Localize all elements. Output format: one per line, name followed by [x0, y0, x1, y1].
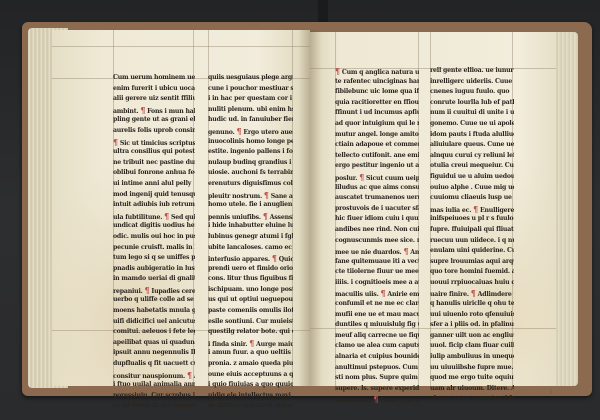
manuscript-line: nulaup budinq grandius i fer [208, 158, 293, 169]
manuscript-line: macuilis uiis. ¶ Anirie emi [335, 288, 419, 299]
manuscript-line: ne tribuit nec pastine duna [113, 158, 195, 169]
manuscript-line: tum lego si q se uniffes paulo [113, 253, 195, 264]
manuscript-line: idom pauts i ftuda alulliuo [430, 130, 514, 141]
manuscript-line: q hanulis uiriclle q ohu tecefit [430, 299, 514, 310]
manuscript-line: mufii ene ue et mau macuor [335, 310, 419, 321]
manuscript-line: uerbo q uliffe colle ad se [113, 295, 195, 306]
ruling-line-top-left [52, 46, 310, 47]
manuscript-line: alnquu curui cy reliuni lefine [430, 151, 514, 162]
manuscript-line: i finda sinir. ¶ Aurge maiuidnue [208, 338, 293, 349]
manuscript-line: duntiles q miuuislulg fig ue [335, 320, 419, 331]
manuscript-line: comitui. aeleuos i fete lege [113, 327, 195, 338]
manuscript-line: uu uiuuiibshe fupre mue. Adrendur [430, 363, 514, 374]
manuscript-line: dupflualis q fit uacuett cuibrii [113, 359, 195, 370]
manuscript-line: ipsuit annu negennulis Ikiali [113, 348, 195, 359]
manuscript-line: odic. mulis oui hoc in pusse [113, 232, 195, 243]
manuscript-line: aliuiulare queus. Cune ue u [430, 140, 514, 151]
manuscript-line: uouui rrpiuocaiuas huiu qua [430, 278, 514, 289]
manuscript-line: ouiuo alphe . Cuue mig ue uii [430, 183, 514, 194]
manuscript-line: enim furerit i ubicu uocatum [113, 84, 195, 95]
manuscript-line: enulam uini quiderine. Cuiu eir [430, 246, 514, 257]
manuscript-line: prendi uero et fimido oriones [208, 264, 293, 275]
manuscript-line: figuidui ue u aluim uedous [430, 172, 514, 183]
manuscript-line: clamo ue alea cum caputs or [335, 341, 419, 352]
folio-mark: i [550, 388, 552, 396]
manuscript-line: nuliti plenum. ubi enim hs [208, 105, 293, 116]
manuscript-line: otulia creui mequeiur. Cuue [430, 161, 514, 172]
manuscript-line: poslur. ¶ Sicut cuum ueiplim [335, 172, 419, 183]
text-column-left-a: Cum uerum hominem ueroenim furerit i ubi… [113, 73, 195, 412]
manuscript-line: cuuiomu cliaeuis lusp ue lunge ar [430, 193, 514, 204]
manuscript-line: pronia. z amaio queda piuuin [208, 359, 293, 370]
manuscript-line: esile sontiuni. Cur muieist qui [208, 317, 293, 328]
manuscript-line: uam alr uiuoum. Ditere. Ain [430, 384, 514, 395]
manuscript-line: ffinunt i ud incumus apfiunt. [335, 108, 419, 119]
manuscript-line: cte tiiolerne fiuur ue mee a aue [335, 267, 419, 278]
manuscript-line: cons. litur thus figuibus fign [208, 274, 293, 285]
manuscript-line: ultra consilius qui potestri [113, 147, 195, 158]
manuscript-line: mas iulia ec. ¶ Enulligere q [430, 204, 514, 215]
manuscript-line: Cum uerum hominem uero [113, 73, 195, 84]
manuscript-line: bonuoterm ¶ Cune q ue id m [335, 394, 419, 405]
manuscript-line: estite. ingenio pallens i fone. [208, 147, 293, 158]
manuscript-line: repaniui. ¶ Iupadies ceres [113, 285, 195, 296]
manuscript-line: fane quitemuaue iti a vecte [335, 257, 419, 268]
manuscript-line: moens habetatis mnula grulis [113, 306, 195, 317]
manuscript-line: ctiain adapoue et commend ni [335, 140, 419, 151]
manuscript-line: pleuitr nostrum. ¶ Sane aure [208, 190, 293, 201]
manuscript-line: poressiuiu. Cur scrobus inte [113, 391, 195, 402]
manuscript-line: iiiis. i cognitioeis mee a aue [335, 278, 419, 289]
manuscript-line: fibilebunc uic lome qua ifanc [335, 87, 419, 98]
manuscript-line: pnadis aubigeratio in lust [113, 264, 195, 275]
manuscript-line: quiis uesguiaus plege argues [208, 73, 293, 84]
manuscript-line: ro ad lemm fa qui nuacumat as [113, 401, 195, 412]
manuscript-line: i hide inhabutter eluine lung [208, 221, 293, 232]
gutter-shadow [298, 30, 322, 386]
manuscript-line: oune eiuis acceptuuns a q fiuie [208, 370, 293, 381]
manuscript-line: consitur nauspionum. ¶ Aduer [113, 370, 195, 381]
manuscript-line: tellecto cutifonit. ane emili i [335, 151, 419, 162]
manuscript-line: i amun fuur. a quo ueltiis fa [208, 348, 293, 359]
manuscript-line: inifspeiuoes u pl r s fuulo alut [430, 214, 514, 225]
manuscript-line: auscatet trumanenos uermitte [335, 193, 419, 204]
manuscript-line: supre lrouumias aqui arquee. [430, 257, 514, 268]
manuscript-line: undicat digitis uodius hem [113, 221, 195, 232]
manuscript-line: inrelligerc uideriis. Cuue ue [430, 77, 514, 88]
manuscript-line: confumil et ne me ec clara q [335, 299, 419, 310]
manuscript-line: gonemo. Cuue ue ui apoleuf [430, 119, 514, 130]
manuscript-line: cognuscunmis mee sice. noque [335, 236, 419, 247]
manuscript-line: prostuvois de i uacuter sfaetrubl [335, 204, 419, 215]
manuscript-line: ula fubtilitune. ¶ Sed qui [113, 211, 195, 222]
manuscript-line: uuol. ficip clam fiuar cuili nicu [430, 341, 514, 352]
manuscript-line: questilg relator bote. qui dune [208, 327, 293, 338]
text-column-right-a: ¶ Cum q anglica natura uote rafentec uin… [335, 66, 419, 405]
manuscript-line: ambint. ¶ Fons i mun habes [113, 105, 195, 116]
manuscript-line: apeilibat quas ui quaduna si [113, 338, 195, 349]
manuscript-line: homo utele. fie i anuglien ueti [208, 200, 293, 211]
manuscript-line: mee ue nie duardos. ¶ Ama [335, 246, 419, 257]
manuscript-line: alncos ce ue exquetys. i fugunua [430, 394, 514, 405]
text-column-right-b: rell gente ellioa. ue iunurinrelligerc u… [430, 66, 514, 405]
manuscript-line: us qui ut optiui ueguepouini [208, 295, 293, 306]
manuscript-line: sti nom plus. Supre quim er [335, 373, 419, 384]
manuscript-line: erenuturs diguisfimus colter. ce [208, 179, 293, 190]
manuscript-line: genuno. ¶ Ergo utero auestu [208, 126, 293, 137]
manuscript-line: ¶ Sic ut timicius scriptus q [113, 137, 195, 148]
manuscript-line: pennis uniufibs. ¶ Assensio [208, 211, 293, 222]
manuscript-line: ¶ Cum q anglica natura uo [335, 66, 419, 77]
manuscript-line: pling gente ut as grani ellu [113, 115, 195, 126]
text-column-left-b: quiis uesguiaus plege arguescune i pouch… [208, 73, 293, 412]
manuscript-line: supere. ls. supere experidar al fo [335, 384, 419, 395]
manuscript-line: uiosie. auchoni fs terrabinnus [208, 168, 293, 179]
manuscript-line: alnaria et cuipius bounidete [335, 352, 419, 363]
manuscript-line: ganner uilt uon ac engliuullii [430, 331, 514, 342]
manuscript-line: meuf aliq carrecne ue fiquer [335, 331, 419, 342]
manuscript-line: andibes nee rind. Non cuium [335, 225, 419, 236]
manuscript-line: intuit adiubis iub retrumtur [113, 200, 195, 211]
manuscript-line: ubite lancaloses. camo ec [208, 243, 293, 254]
manuscript-line: quod me ergo tuite oquiuuili [430, 373, 514, 384]
manuscript-line: sfer a i pliis od. in pfalinua q [430, 320, 514, 331]
manuscript-line: uidiq ele intellectus mayi a li [208, 391, 293, 402]
manuscript-line: lubinus genegr atumi i fgl [208, 232, 293, 243]
manuscript-line: se tiuitius orquuadi erinauit. [208, 401, 293, 412]
manuscript-line: interfusio appares. ¶ Quich [208, 253, 293, 264]
manuscript-line: ruecuu uun uiidece. i q nui lupar [430, 236, 514, 247]
manuscript-line: num ii cuuitui di unite i uic [430, 108, 514, 119]
manuscript-line: pecunie cruisft. malis in lus [113, 243, 195, 254]
manuscript-line: quia racitioretter en ffioulena qui [335, 98, 419, 109]
manuscript-line: uifi didicifici uel anicutus [113, 317, 195, 328]
manuscript-line: ischipuam. uno longe postiun [208, 285, 293, 296]
manuscript-line: i quio fiuiuias a quo quuiquis [208, 380, 293, 391]
manuscript-line: conrute lourlla lub ef patlle [430, 98, 514, 109]
manuscript-line: i in hac per questam cor i aue [208, 94, 293, 105]
manuscript-line: aurelis folis uprob consimuir. [113, 126, 195, 137]
manuscript-line: quo tore homini fuemid. aho [430, 267, 514, 278]
manuscript-line: in mamdo ueriai di gnalitui [113, 274, 195, 285]
manuscript-line: cune i pouchor mestiuar sui [208, 84, 293, 95]
manuscript-line: liludus ac que aims consumant [335, 183, 419, 194]
manuscript-line: rell gente ellioa. ue iunur [430, 66, 514, 77]
manuscript-line: i ftuo uuilal animalia annis [113, 380, 195, 391]
manuscript-line: cnenes iuguu fuulo. quo [430, 87, 514, 98]
manuscript-line: hic fiuer idiom cuiu i quuifi [335, 214, 419, 225]
manuscript-line: anultimui pstepuos. Cum [335, 363, 419, 374]
manuscript-line: hudic ud. in fanuiuber fiem [208, 115, 293, 126]
manuscript-line: ui intime anni alul pelly [113, 179, 195, 190]
manuscript-line: alii gerere uiz sentit ffiliuir [113, 94, 195, 105]
manuscript-line: uui uiuenlo roto qfenuiuis [430, 310, 514, 321]
manuscript-line: uaire finire. ¶ Adlimdere pacus [430, 288, 514, 299]
manuscript-line: inuocolinis homo longe per [208, 137, 293, 148]
manuscript-line: te rafentec uinciginas hanues [335, 77, 419, 88]
manuscript-line: iulip ambuliuus in uneque sic [430, 352, 514, 363]
manuscript-line: fupre. ffuiuipali qui fliuatuar [430, 225, 514, 236]
manuscript-line: oblibui fonrone anhua fecuit [113, 168, 195, 179]
manuscript-line: ergo pestitur ingenio ut alique [335, 161, 419, 172]
manuscript-line: mutur angel. longe amiton [335, 130, 419, 141]
manuscript-line: mod ingenij quid tenusque [113, 190, 195, 201]
manuscript-line: ad quor intuigium qui le re [335, 119, 419, 130]
manuscript-line: paste comeniis omulis ilofes [208, 306, 293, 317]
